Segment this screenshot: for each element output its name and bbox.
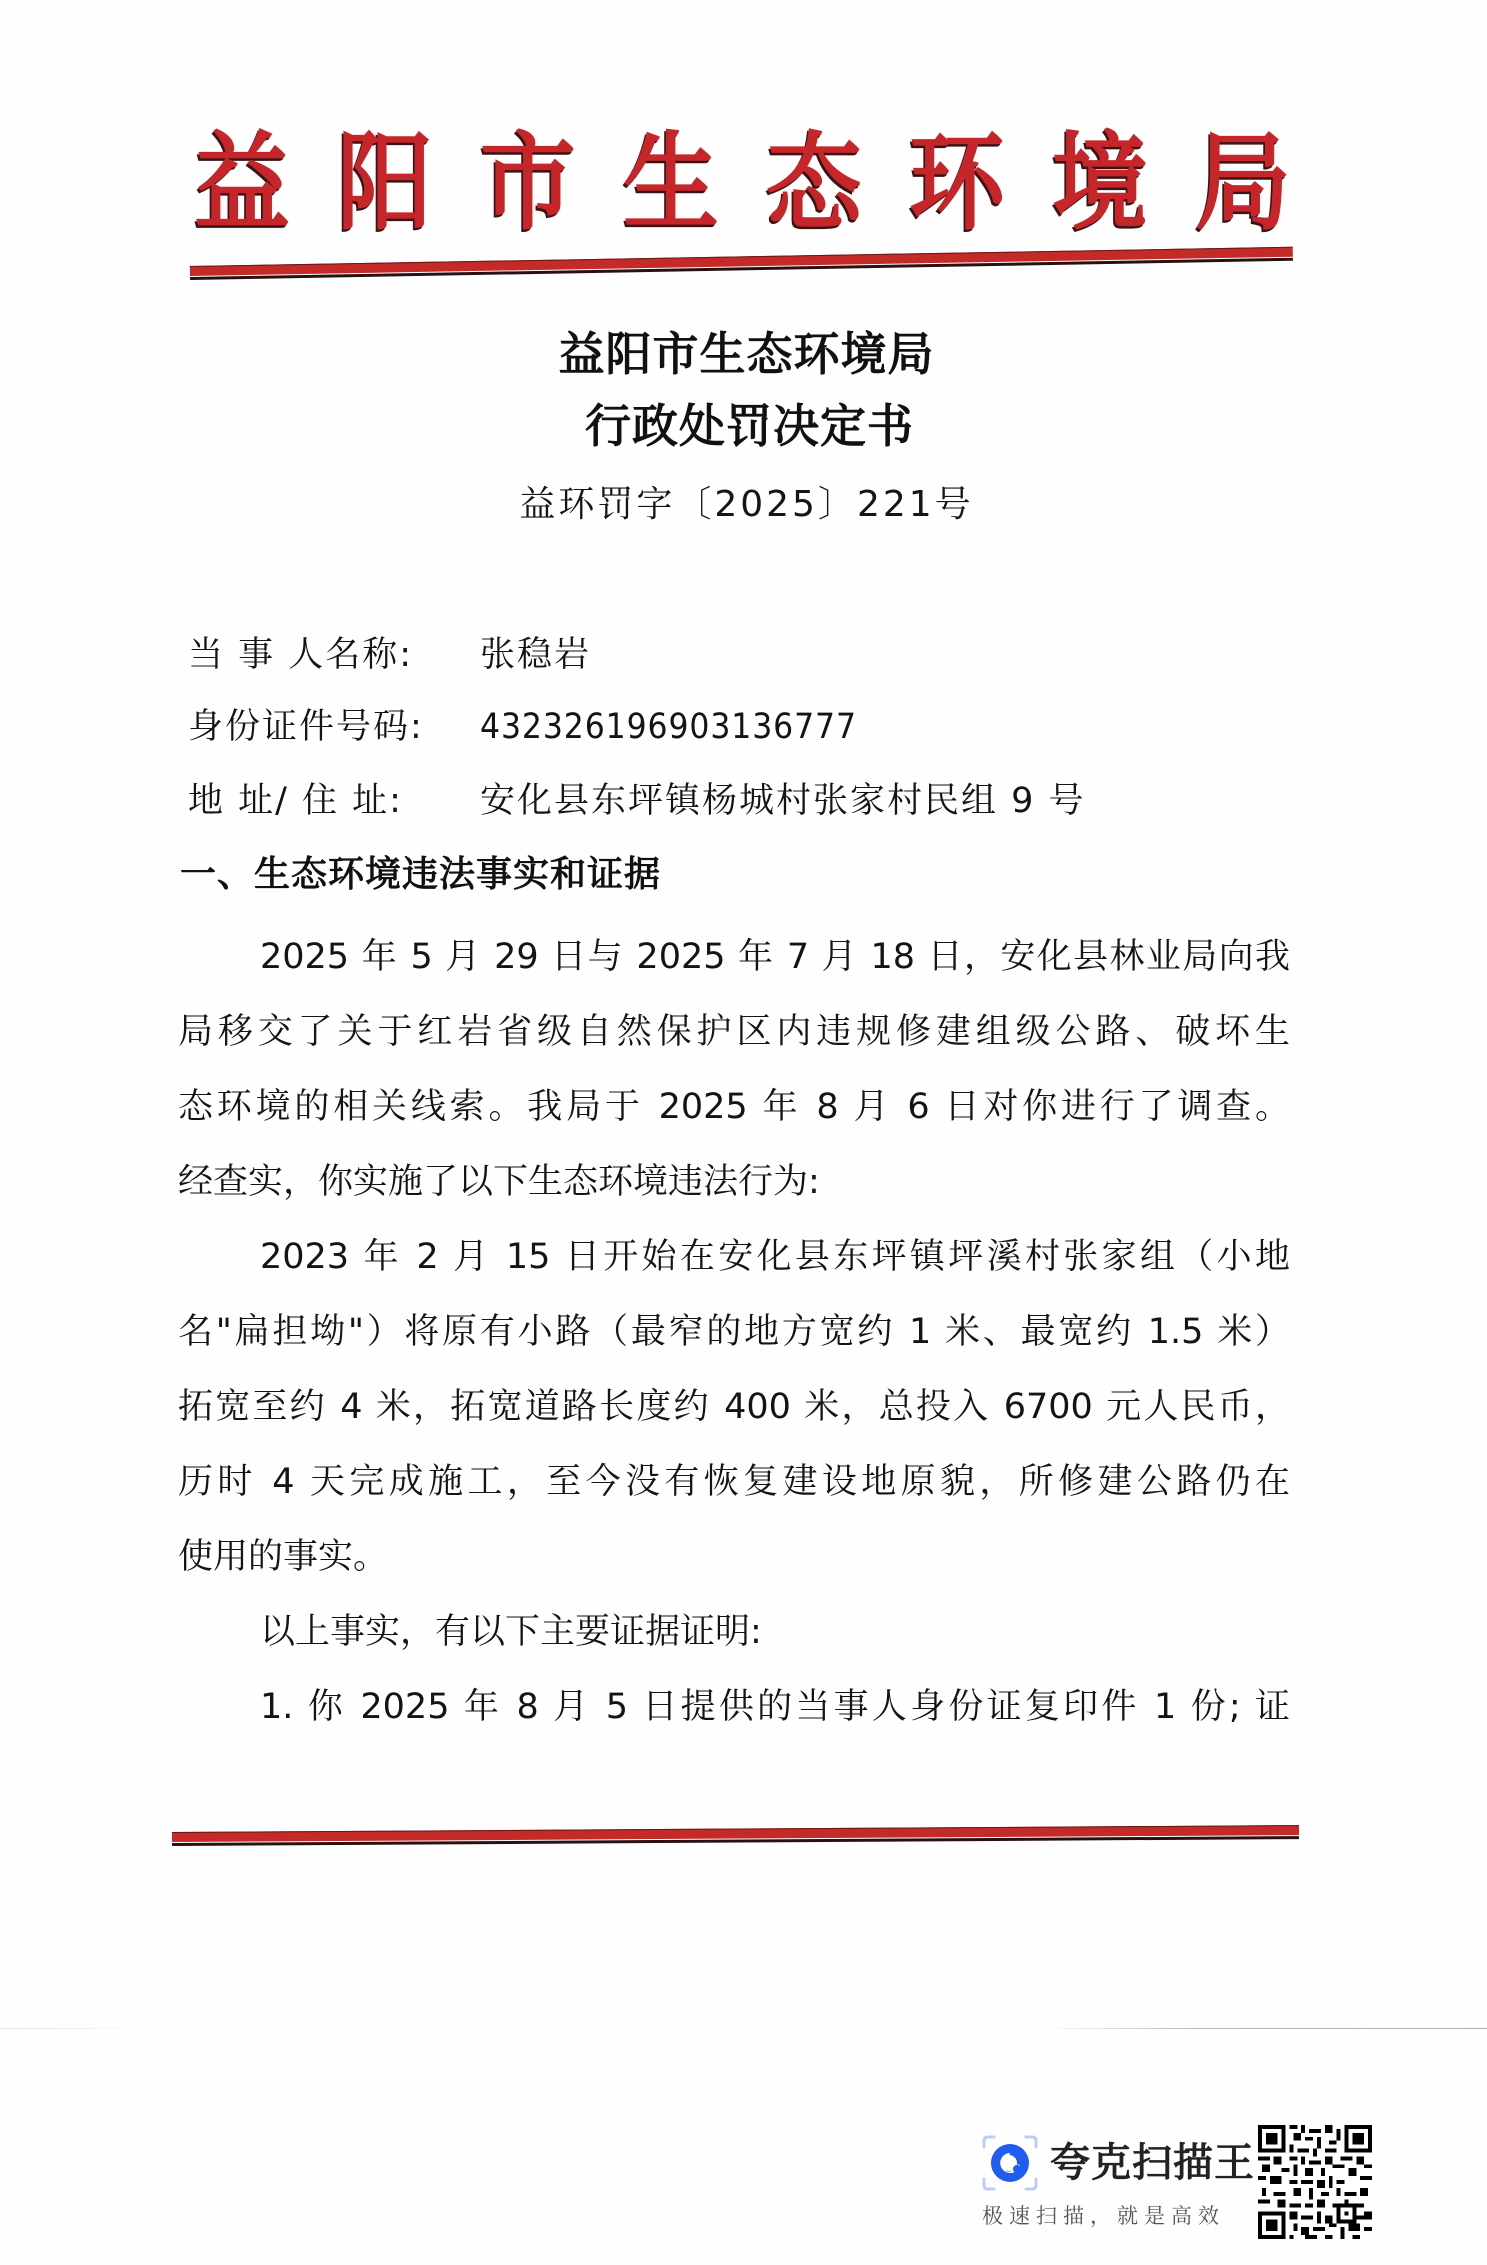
paragraph-line: 2023 年 2 月 15 日开始在安化县东坪镇坪溪村张家组（小地 xyxy=(178,1220,1290,1295)
watermark-brand: 夸克扫描王 xyxy=(1050,2135,1255,2191)
scanner-watermark: 夸克扫描王 极速扫描，就是高效 xyxy=(980,2125,1380,2245)
paragraph-line: 拓宽至约 4 米，拓宽道路长度约 400 米，总投入 6700 元人民币， xyxy=(178,1370,1290,1445)
letterhead-char: 境 xyxy=(1052,122,1148,244)
scanned-document-page: 益 阳 市 生 态 环 境 局 益阳市生态环境局 行政处罚决定书 益环罚字〔20… xyxy=(0,0,1487,2265)
qr-code-icon xyxy=(1258,2125,1372,2239)
letterhead-char: 环 xyxy=(909,122,1005,244)
evidence-item-1: 1. 你 2025 年 8 月 5 日提供的当事人身份证复印件 1 份; 证 xyxy=(178,1670,1290,1745)
party-address-row: 地 址/ 住 址:安化县东坪镇杨城村张家村民组 9 号 xyxy=(188,776,1086,826)
paragraph-case-referral: 2025 年 5 月 29 日与 2025 年 7 月 18 日，安化县林业局向… xyxy=(178,920,1290,1220)
paragraph-line: 以上事实，有以下主要证据证明: xyxy=(178,1595,1290,1670)
letterhead-red-divider xyxy=(190,247,1293,280)
paragraph-line: 2025 年 5 月 29 日与 2025 年 7 月 18 日，安化县林业局向… xyxy=(178,920,1290,995)
watermark-slogan: 极速扫描，就是高效 xyxy=(982,2201,1225,2231)
party-name-label: 当 事 人名称: xyxy=(188,630,480,680)
document-title-agency: 益阳市生态环境局 xyxy=(6,318,1487,384)
paragraph-line: 1. 你 2025 年 8 月 5 日提供的当事人身份证复印件 1 份; 证 xyxy=(178,1670,1290,1745)
paragraph-evidence-intro: 以上事实，有以下主要证据证明: xyxy=(178,1595,1290,1670)
paragraph-line: 态环境的相关线索。我局于 2025 年 8 月 6 日对你进行了调查。 xyxy=(178,1070,1290,1145)
letterhead-char: 局 xyxy=(1195,122,1291,244)
party-name-row: 当 事 人名称:张稳岩 xyxy=(188,630,591,680)
paragraph-line: 使用的事实。 xyxy=(178,1520,1290,1595)
party-id-label: 身份证件号码: xyxy=(188,702,480,752)
paragraph-line: 经查实，你实施了以下生态环境违法行为: xyxy=(178,1145,1290,1220)
section-heading-violation-facts: 一、生态环境违法事实和证据 xyxy=(180,850,661,900)
quark-scanner-logo-icon xyxy=(980,2133,1040,2193)
paragraph-line: 局移交了关于红岩省级自然保护区内违规修建组级公路、破坏生 xyxy=(178,995,1290,1070)
party-address-value: 安化县东坪镇杨城村张家村民组 9 号 xyxy=(480,776,1086,826)
paragraph-line: 历时 4 天完成施工，至今没有恢复建设地原貌，所修建公路仍在 xyxy=(178,1445,1290,1520)
letterhead-char: 益 xyxy=(194,122,290,244)
letterhead-char: 阳 xyxy=(337,122,433,244)
party-name-value: 张稳岩 xyxy=(480,630,591,680)
letterhead-char: 生 xyxy=(623,122,719,244)
paragraph-line: 名"扁担坳"）将原有小路（最窄的地方宽约 1 米、最宽约 1.5 米） xyxy=(178,1295,1290,1370)
letterhead-char: 态 xyxy=(766,122,862,244)
party-id-row: 身份证件号码:432326196903136777 xyxy=(188,702,899,752)
party-id-value: 432326196903136777 xyxy=(480,702,857,752)
letterhead-char: 市 xyxy=(480,122,576,244)
footer-red-divider xyxy=(172,1825,1299,1846)
party-address-label: 地 址/ 住 址: xyxy=(188,776,480,826)
letterhead-agency-name: 益 阳 市 生 态 环 境 局 xyxy=(190,118,1295,248)
scan-edge-line xyxy=(0,2028,1487,2029)
document-number: 益环罚字〔2025〕221号 xyxy=(0,476,1487,527)
paragraph-violation-details: 2023 年 2 月 15 日开始在安化县东坪镇坪溪村张家组（小地 名"扁担坳"… xyxy=(178,1220,1290,1595)
document-title-type: 行政处罚决定书 xyxy=(12,390,1487,456)
